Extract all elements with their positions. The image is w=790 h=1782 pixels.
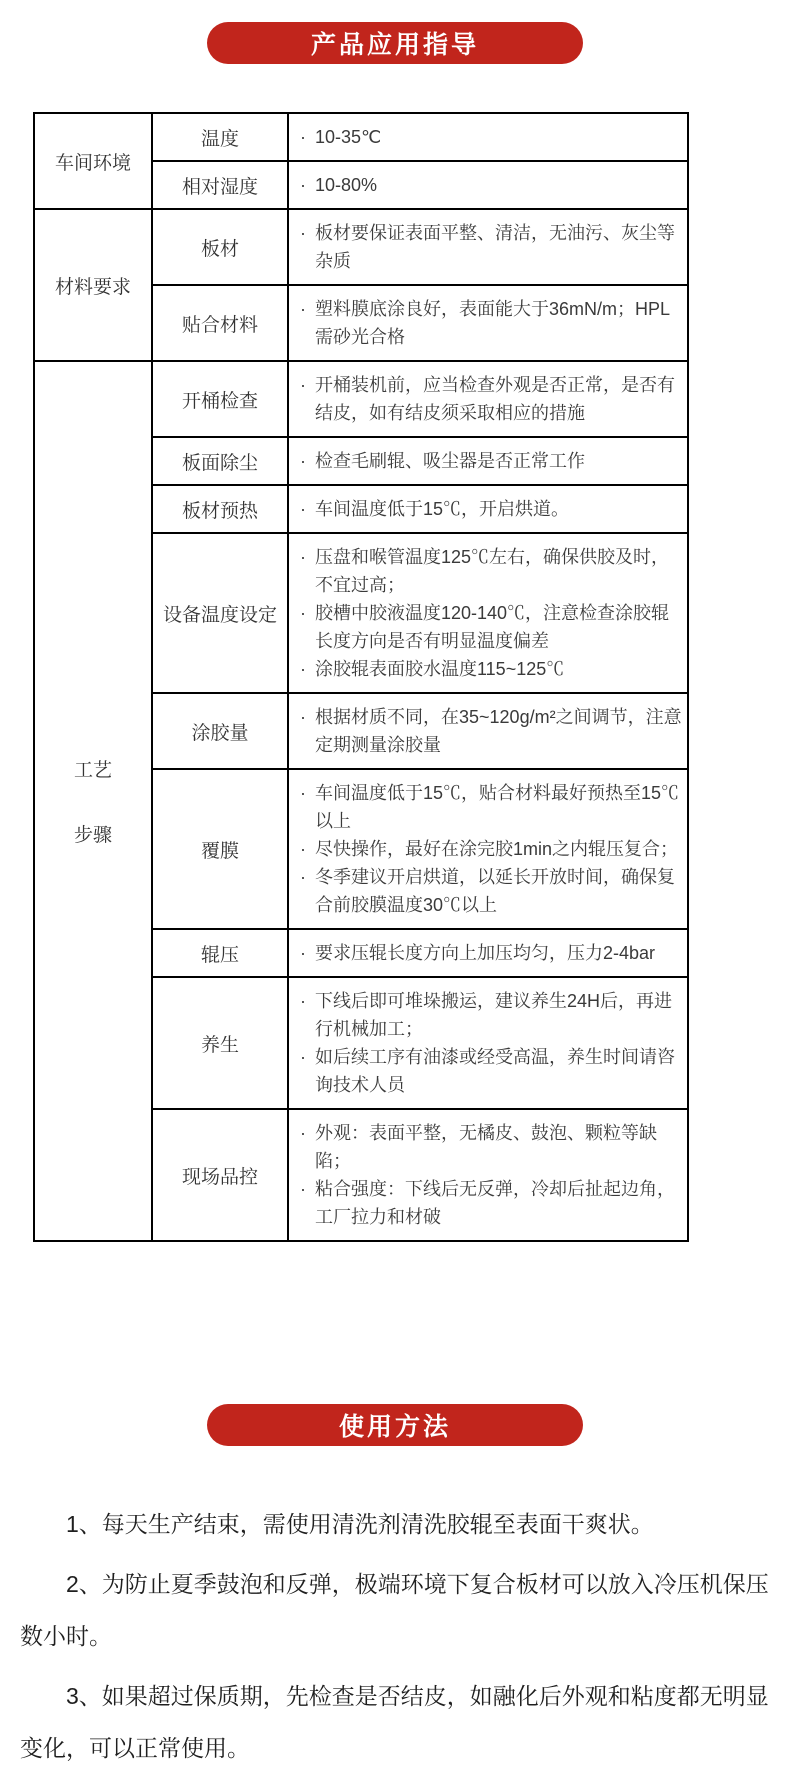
bullet-item: ·车间温度低于15℃，贴合材料最好预热至15℃以上 xyxy=(298,779,682,835)
bullet-item: ·车间温度低于15℃，开启烘道。 xyxy=(298,495,682,523)
group-label-cell: 车间环境 xyxy=(34,113,152,209)
bullet-dot-icon: · xyxy=(300,171,306,199)
bullet-item: ·粘合强度：下线后无反弹，冷却后扯起边角，工厂拉力和材破 xyxy=(298,1175,682,1231)
group-label-line: 车间环境 xyxy=(35,148,151,175)
bullet-item: ·10-80% xyxy=(298,171,682,199)
step-label-cell: 贴合材料 xyxy=(152,285,288,361)
group-label-line: 材料要求 xyxy=(35,272,151,299)
step-label-cell: 开桶检查 xyxy=(152,361,288,437)
bullet-dot-icon: · xyxy=(300,779,306,807)
bullet-item: ·要求压辊长度方向上加压均匀，压力2-4bar xyxy=(298,939,682,967)
usage-paragraph: 3、如果超过保质期，先检查是否结皮，如融化后外观和粘度都无明显变化，可以正常使用… xyxy=(20,1670,770,1774)
bullet-item: ·尽快操作，最好在涂完胶1min之内辊压复合； xyxy=(298,835,682,863)
bullet-item: ·冬季建议开启烘道，以延长开放时间，确保复合前胶膜温度30℃以上 xyxy=(298,863,682,919)
bullet-dot-icon: · xyxy=(300,1175,306,1203)
step-label-cell: 板材预热 xyxy=(152,485,288,533)
table-row: 材料要求板材·板材要保证表面平整、清洁，无油污、灰尘等杂质 xyxy=(34,209,688,285)
step-detail-cell: ·板材要保证表面平整、清洁，无油污、灰尘等杂质 xyxy=(288,209,688,285)
bullet-dot-icon: · xyxy=(300,1043,306,1071)
bullet-dot-icon: · xyxy=(300,371,306,399)
step-detail-cell: ·开桶装机前，应当检查外观是否正常，是否有结皮，如有结皮须采取相应的措施 xyxy=(288,361,688,437)
step-label-cell: 设备温度设定 xyxy=(152,533,288,693)
step-label-cell: 辊压 xyxy=(152,929,288,977)
step-label-cell: 覆膜 xyxy=(152,769,288,929)
group-label-cell: 工艺步骤 xyxy=(34,361,152,1241)
step-detail-cell: ·车间温度低于15℃，开启烘道。 xyxy=(288,485,688,533)
table-row: 工艺步骤开桶检查·开桶装机前，应当检查外观是否正常，是否有结皮，如有结皮须采取相… xyxy=(34,361,688,437)
step-detail-cell: ·10-35℃ xyxy=(288,113,688,161)
step-detail-cell: ·根据材质不同，在35~120g/m²之间调节，注意定期测量涂胶量 xyxy=(288,693,688,769)
bullet-item: ·下线后即可堆垛搬运，建议养生24H后，再进行机械加工； xyxy=(298,987,682,1043)
bullet-item: ·胶槽中胶液温度120-140℃，注意检查涂胶辊长度方向是否有明显温度偏差 xyxy=(298,599,682,655)
bullet-item: ·开桶装机前，应当检查外观是否正常，是否有结皮，如有结皮须采取相应的措施 xyxy=(298,371,682,427)
bullet-dot-icon: · xyxy=(300,655,306,683)
group-label-line: 步骤 xyxy=(35,820,151,847)
bullet-item: ·板材要保证表面平整、清洁，无油污、灰尘等杂质 xyxy=(298,219,682,275)
step-detail-cell: ·外观：表面平整，无橘皮、鼓泡、颗粒等缺陷；·粘合强度：下线后无反弹，冷却后扯起… xyxy=(288,1109,688,1241)
product-application-guide-banner: 产品应用指导 xyxy=(207,22,583,64)
banner-title: 使用方法 xyxy=(339,1407,451,1443)
bullet-item: ·塑料膜底涂良好，表面能大于36mN/m；HPL需砂光合格 xyxy=(298,295,682,351)
step-detail-cell: ·下线后即可堆垛搬运，建议养生24H后，再进行机械加工；·如后续工序有油漆或经受… xyxy=(288,977,688,1109)
bullet-dot-icon: · xyxy=(300,987,306,1015)
step-label-cell: 相对湿度 xyxy=(152,161,288,209)
step-label-cell: 涂胶量 xyxy=(152,693,288,769)
bullet-dot-icon: · xyxy=(300,599,306,627)
step-detail-cell: ·检查毛刷辊、吸尘器是否正常工作 xyxy=(288,437,688,485)
bullet-item: ·如后续工序有油漆或经受高温，养生时间请咨询技术人员 xyxy=(298,1043,682,1099)
step-label-cell: 板面除尘 xyxy=(152,437,288,485)
bullet-dot-icon: · xyxy=(300,835,306,863)
usage-method-banner: 使用方法 xyxy=(207,1404,583,1446)
step-label-cell: 温度 xyxy=(152,113,288,161)
step-detail-cell: ·塑料膜底涂良好，表面能大于36mN/m；HPL需砂光合格 xyxy=(288,285,688,361)
application-table: 车间环境温度·10-35℃相对湿度·10-80%材料要求板材·板材要保证表面平整… xyxy=(33,112,689,1242)
banner-title: 产品应用指导 xyxy=(311,25,479,61)
step-label-cell: 现场品控 xyxy=(152,1109,288,1241)
step-detail-cell: ·压盘和喉管温度125℃左右，确保供胶及时，不宜过高；·胶槽中胶液温度120-1… xyxy=(288,533,688,693)
bullet-dot-icon: · xyxy=(300,295,306,323)
bullet-dot-icon: · xyxy=(300,703,306,731)
bullet-item: ·涂胶辊表面胶水温度115~125℃ xyxy=(298,655,682,683)
bullet-item: ·10-35℃ xyxy=(298,123,682,151)
application-table-body: 车间环境温度·10-35℃相对湿度·10-80%材料要求板材·板材要保证表面平整… xyxy=(34,113,688,1241)
step-label-cell: 养生 xyxy=(152,977,288,1109)
bullet-dot-icon: · xyxy=(300,495,306,523)
bullet-item: ·外观：表面平整，无橘皮、鼓泡、颗粒等缺陷； xyxy=(298,1119,682,1175)
bullet-dot-icon: · xyxy=(300,123,306,151)
bullet-dot-icon: · xyxy=(300,219,306,247)
group-label-line: 工艺 xyxy=(35,755,151,782)
bullet-dot-icon: · xyxy=(300,1119,306,1147)
step-detail-cell: ·10-80% xyxy=(288,161,688,209)
bullet-item: ·压盘和喉管温度125℃左右，确保供胶及时，不宜过高； xyxy=(298,543,682,599)
bullet-item: ·检查毛刷辊、吸尘器是否正常工作 xyxy=(298,447,682,475)
group-label-cell: 材料要求 xyxy=(34,209,152,361)
step-label-cell: 板材 xyxy=(152,209,288,285)
bullet-dot-icon: · xyxy=(300,939,306,967)
usage-paragraph: 2、为防止夏季鼓泡和反弹，极端环境下复合板材可以放入冷压机保压数小时。 xyxy=(20,1558,770,1662)
step-detail-cell: ·车间温度低于15℃，贴合材料最好预热至15℃以上·尽快操作，最好在涂完胶1mi… xyxy=(288,769,688,929)
table-row: 车间环境温度·10-35℃ xyxy=(34,113,688,161)
usage-list: 1、每天生产结束，需使用清洗剂清洗胶辊至表面干爽状。2、为防止夏季鼓泡和反弹，极… xyxy=(20,1498,770,1774)
usage-paragraph: 1、每天生产结束，需使用清洗剂清洗胶辊至表面干爽状。 xyxy=(20,1498,770,1550)
bullet-dot-icon: · xyxy=(300,447,306,475)
step-detail-cell: ·要求压辊长度方向上加压均匀，压力2-4bar xyxy=(288,929,688,977)
bullet-dot-icon: · xyxy=(300,863,306,891)
bullet-item: ·根据材质不同，在35~120g/m²之间调节，注意定期测量涂胶量 xyxy=(298,703,682,759)
bullet-dot-icon: · xyxy=(300,543,306,571)
